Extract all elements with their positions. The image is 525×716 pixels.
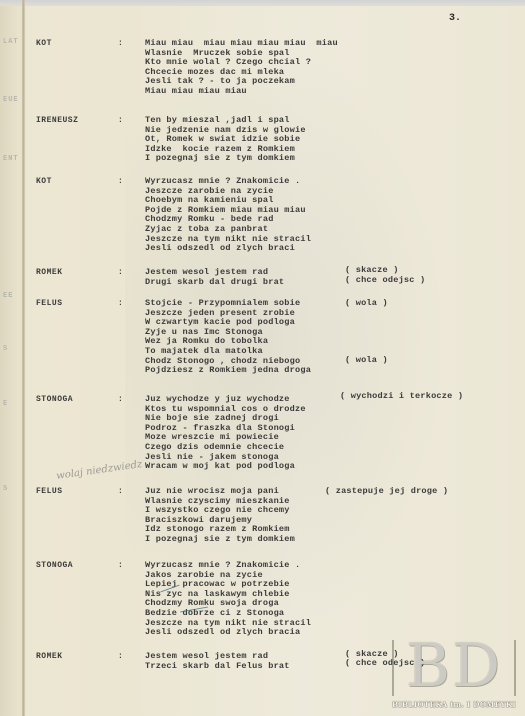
verse-lines: Wyrzucasz mnie ? Znakomicie . Jeszcze za… [145,177,311,254]
verse-lines: Wyrzucasz mnie ? Znakomicie . Jakos zaro… [145,561,311,638]
speaker-name: STONOGA [36,395,73,404]
verse-line: Drugi skarb dal drugi brat [145,278,284,288]
speaker-name: STONOGA [36,561,73,570]
verse-lines: Juz wychodze y juz wychodze Ktos tu wspo… [145,395,306,472]
stage-direction: ( wola ) [345,299,388,309]
verse-lines: Jestem wesol jestem rad Drugi skarb dal … [145,268,284,287]
stage-direction: ( wola ) [345,356,388,366]
watermark-caption: BIBLIOTEKA im. I DOMEYKI [384,700,524,709]
margin-bleed-text: EE [3,292,13,300]
stage-direction: ( chce odejsc ) [345,276,425,286]
speaker-name: KOT [36,39,52,48]
speaker-name: FELUS [36,299,63,308]
verse-line: Wracam w moj kat pod podloga [145,462,306,472]
speaker-colon: : [118,652,123,661]
verse-line: Jesli odszedl od zlych bracia [145,628,311,638]
margin-bleed-text: S [3,345,8,353]
margin-bleed-text: LAT [3,38,19,46]
verse-lines: Ten by mieszal ,jadl i spal Nie jedzenie… [145,116,306,164]
verse-lines: Miau miau miau miau miau miau miau Wlasn… [145,39,338,97]
speaker-name: ROMEK [36,652,63,661]
stage-direction: ( zastepuje jej droge ) [325,487,448,497]
speaker-name: IRENEUSZ [36,116,78,125]
speaker-colon: : [118,395,123,404]
verse-line: I pozegnaj sie z tym domkiem [145,535,295,545]
verse-line: Pojdziesz z Romkiem jedna droga [145,366,311,376]
verse-lines: Juz nie wrocisz moja pani Wlasnie czysci… [145,487,295,545]
verse-line: I pozegnaj sie z tym domkiem [145,154,306,164]
margin-bleed-text: E [3,400,8,408]
speaker-name: ROMEK [36,268,63,277]
speaker-colon: : [118,487,123,496]
watermark-letters: BD [384,636,524,696]
verse-line: Trzeci skarb dal Felus brat [145,662,290,672]
speaker-colon: : [118,39,123,48]
watermark-bar [514,640,516,696]
speaker-colon: : [118,268,123,277]
binding-fold [22,0,25,716]
speaker-name: KOT [36,177,52,186]
verse-lines: Stojcie - Przypomnialem sobie Jeszcze je… [145,299,311,376]
library-watermark: BD BIBLIOTEKA im. I DOMEYKI [384,636,524,716]
speaker-colon: : [118,299,123,308]
margin-bleed-text: S [3,485,8,493]
verse-lines: Jestem wesol jestem rad Trzeci skarb dal… [145,652,290,671]
scanned-page: LAT EUE ENT EE S E S 3. KOT : Miau miau … [0,0,525,716]
speaker-colon: : [118,561,123,570]
margin-bleed-text: EUE [3,96,19,104]
stage-direction: ( wychodzi i terkocze ) [340,392,463,402]
speaker-name: FELUS [36,487,63,496]
margin-bleed-text: ENT [3,155,19,163]
page-number: 3. [449,13,461,24]
verse-line: Miau miau miau miau [145,87,338,97]
scan-top-edge [0,0,525,6]
speaker-colon: : [118,177,123,186]
speaker-colon: : [118,116,123,125]
verse-line: Jesli odszedl od zlych braci [145,244,311,254]
